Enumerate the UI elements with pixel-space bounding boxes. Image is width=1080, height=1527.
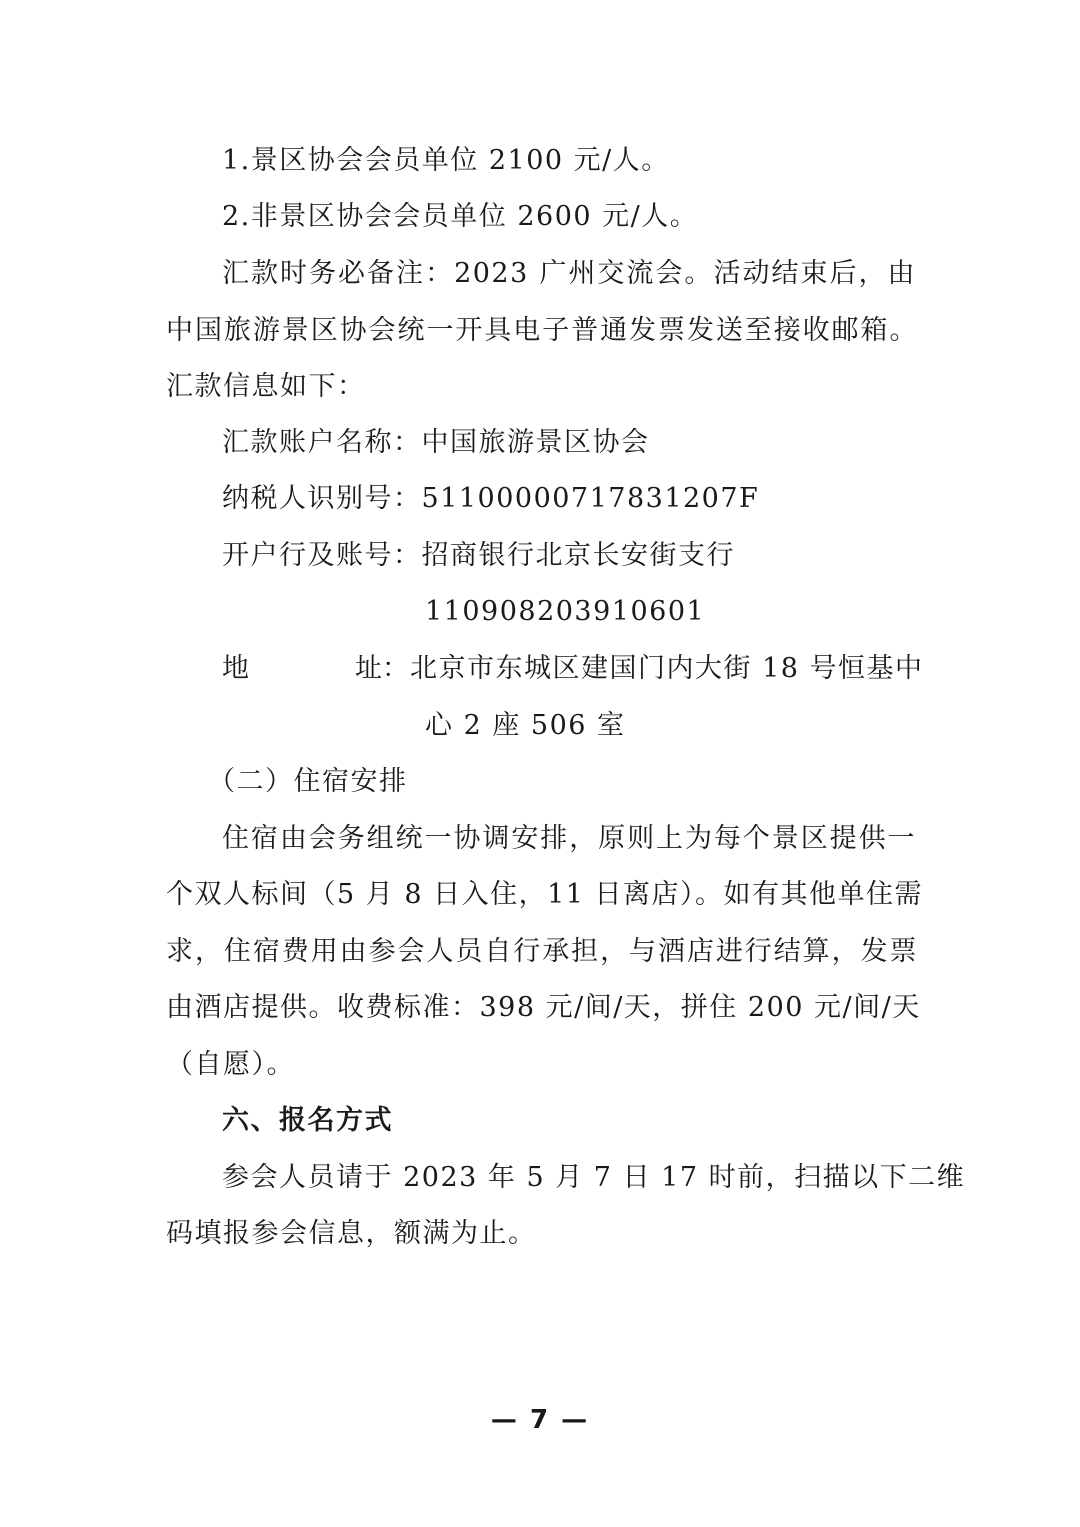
account-number: 110908203910601 — [425, 595, 705, 629]
accommodation-line-1: 住宿由会务组统一协调安排，原则上为每个景区提供一 — [222, 822, 916, 856]
bank-label: 开户行及账号： — [222, 539, 422, 573]
address-label-part-1: 地 — [222, 652, 249, 686]
accommodation-line-5: （自愿）。 — [166, 1048, 918, 1082]
account-name-value: 中国旅游景区协会 — [422, 426, 650, 460]
remit-info-intro: 汇款信息如下： — [166, 370, 918, 404]
accommodation-heading: （二）住宿安排 — [208, 765, 960, 799]
registration-heading: 六、报名方式 — [222, 1104, 974, 1138]
document-page: 1.景区协会会员单位 2100 元/人。 2.非景区协会会员单位 2600 元/… — [0, 0, 1080, 1527]
registration-line-2: 码填报参会信息，额满为止。 — [166, 1217, 918, 1251]
account-name-label: 汇款账户名称： — [222, 426, 422, 460]
registration-line-1: 参会人员请于 2023 年 5 月 7 日 17 时前，扫描以下二维 — [222, 1161, 916, 1195]
accommodation-line-2: 个双人标间（5 月 8 日入住，11 日离店）。如有其他单住需 — [166, 878, 918, 912]
page-number: — 7 — — [0, 1405, 1080, 1435]
tax-id-value: 51100000717831207F — [422, 482, 760, 516]
fee-item-member: 1.景区协会会员单位 2100 元/人。 — [222, 144, 974, 178]
address-line-1: 北京市东城区建国门内大街 18 号恒基中 — [410, 652, 924, 686]
remit-note-line-2: 中国旅游景区协会统一开具电子普通发票发送至接收邮箱。 — [166, 314, 918, 348]
bank-row: 开户行及账号：招商银行北京长安街支行 — [222, 539, 735, 573]
fee-item-non-member: 2.非景区协会会员单位 2600 元/人。 — [222, 200, 974, 234]
accommodation-line-4: 由酒店提供。收费标准：398 元/间/天，拼住 200 元/间/天 — [166, 991, 918, 1025]
address-line-2: 心 2 座 506 室 — [425, 709, 626, 743]
tax-id-row: 纳税人识别号：51100000717831207F — [222, 482, 759, 516]
bank-value: 招商银行北京长安街支行 — [422, 539, 736, 573]
tax-id-label: 纳税人识别号： — [222, 482, 422, 516]
account-name-row: 汇款账户名称：中国旅游景区协会 — [222, 426, 650, 460]
remit-note-line-1: 汇款时务必备注：2023 广州交流会。活动结束后，由 — [222, 257, 916, 291]
accommodation-line-3: 求，住宿费用由参会人员自行承担，与酒店进行结算，发票 — [166, 935, 918, 969]
address-label-part-2: 址： — [355, 652, 409, 686]
